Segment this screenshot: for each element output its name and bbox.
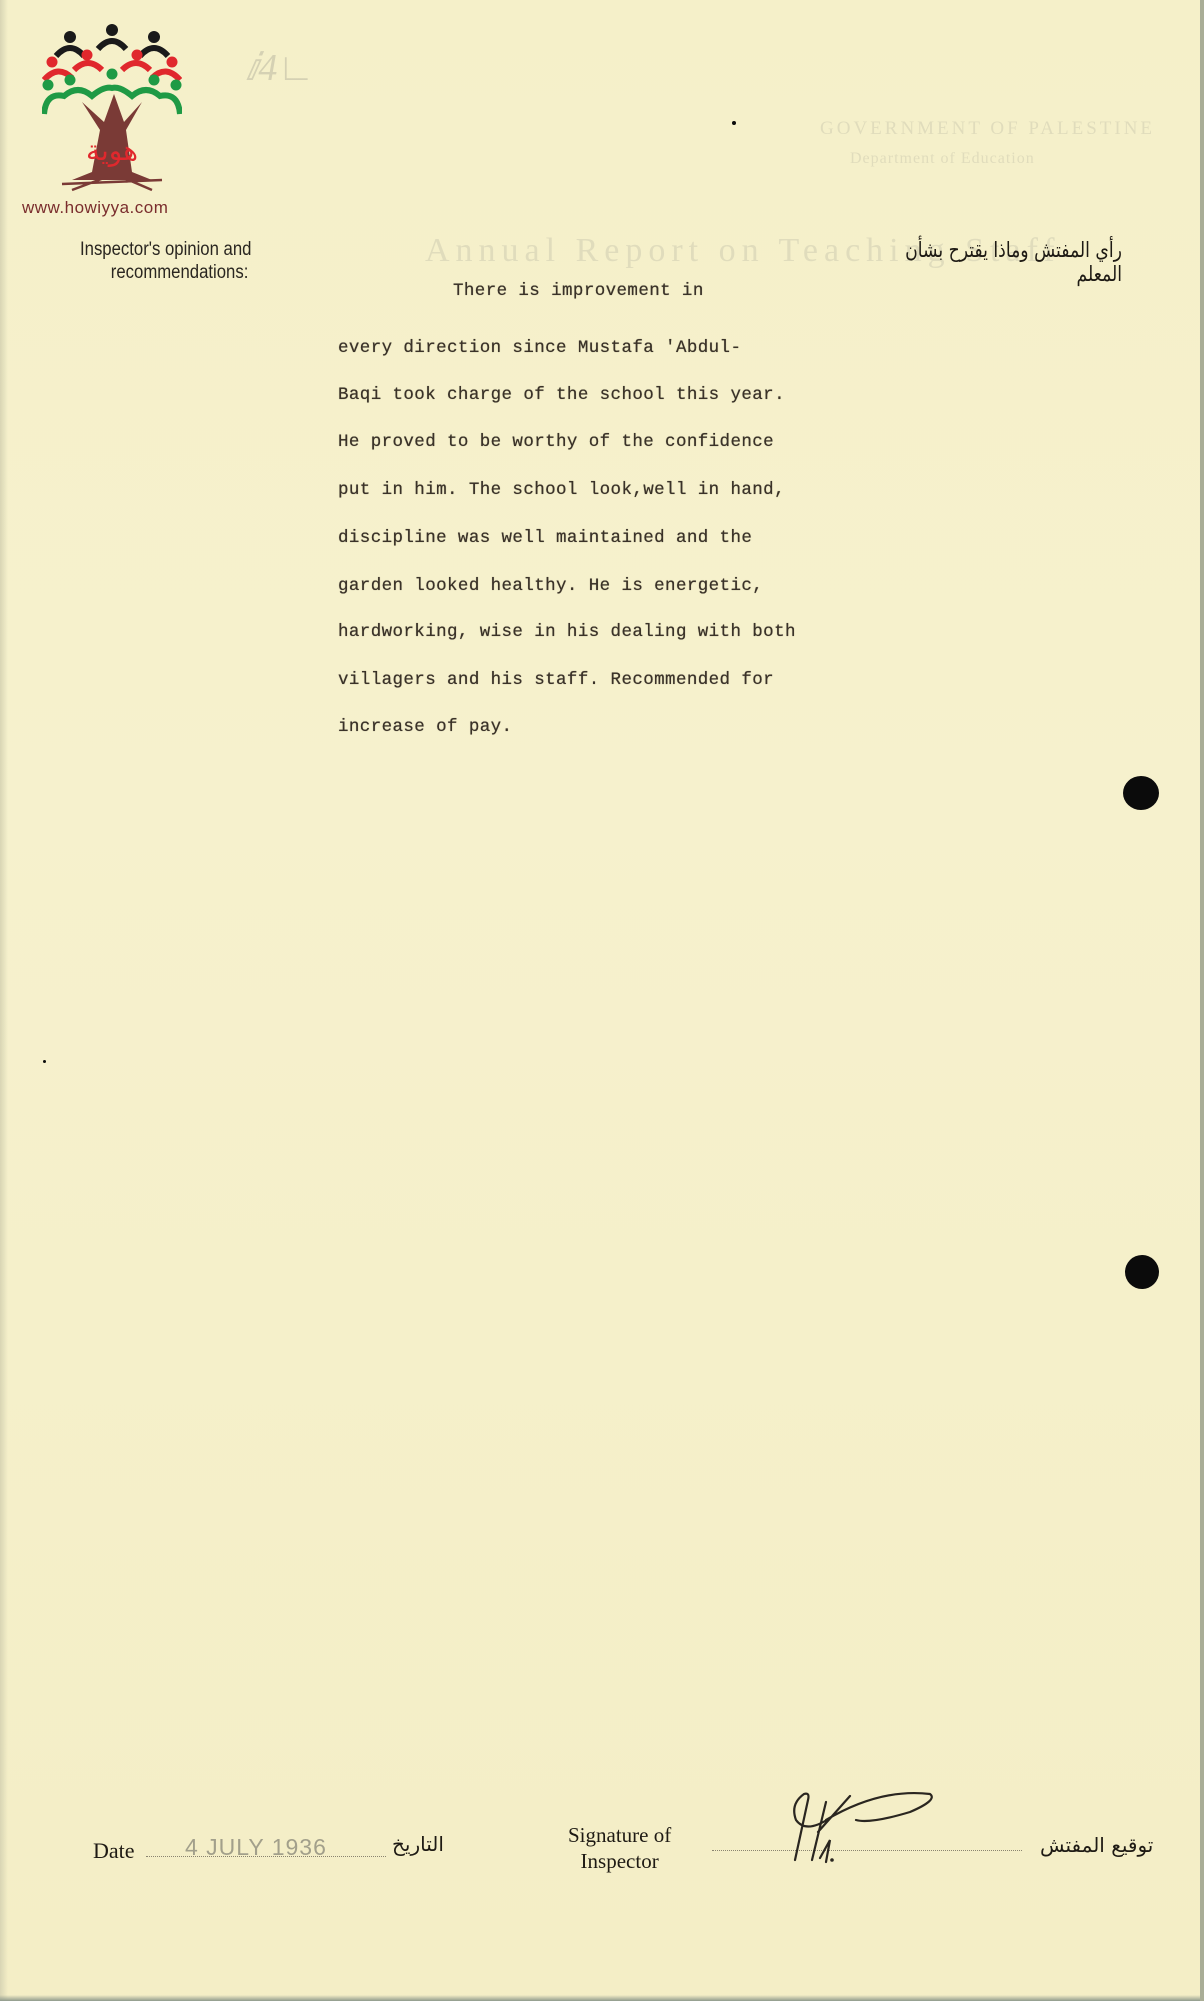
handwritten-mark: ⅈ4∟ [245, 45, 315, 90]
typed-line: hardworking, wise in his dealing with bo… [338, 622, 796, 642]
speck [732, 121, 736, 125]
opinion-label-ar: رأي المفتش وماذا يقترح بشأن المعلم [876, 238, 1122, 286]
svg-text:هوية: هوية [86, 134, 138, 167]
signature-label-line1: Signature of [568, 1822, 671, 1848]
typed-line: There is improvement in [453, 281, 704, 301]
punch-hole-mark [1123, 776, 1159, 810]
typed-line: discipline was well maintained and the [338, 528, 752, 548]
date-stamp-value: 4 JULY 1936 [185, 1834, 327, 1861]
signature-label: Signature of Inspector [568, 1822, 671, 1874]
date-label: Date [93, 1838, 135, 1864]
speck [43, 1060, 46, 1063]
logo-url-link[interactable]: www.howiyya.com [22, 198, 168, 218]
signature-label-ar: توقيع المفتش [1040, 1833, 1153, 1857]
document-page: GOVERNMENT OF PALESTINE Department of Ed… [0, 0, 1204, 2001]
punch-hole-mark [1125, 1255, 1159, 1289]
signature-label-line2: Inspector [568, 1848, 671, 1874]
typed-line: put in him. The school look,well in hand… [338, 480, 785, 500]
opinion-label-line1: Inspector's opinion and [80, 239, 251, 260]
typed-line: He proved to be worthy of the confidence [338, 432, 774, 452]
opinion-label-en: Inspector's opinion and recommendations: [80, 238, 251, 284]
typed-line: increase of pay. [338, 717, 512, 737]
howiyya-logo-icon: هوية [42, 22, 182, 197]
typed-line: every direction since Mustafa 'Abdul- [338, 338, 741, 358]
typed-line: Baqi took charge of the school this year… [338, 385, 785, 405]
date-label-ar: التاريخ [392, 1832, 444, 1856]
typed-line: garden looked healthy. He is energetic, [338, 576, 763, 596]
bleed-through-header: GOVERNMENT OF PALESTINE [820, 118, 1155, 140]
opinion-label-line2: recommendations: [80, 261, 251, 284]
bleed-through-subheader: Department of Education [850, 150, 1035, 168]
inspector-signature-icon [760, 1780, 940, 1870]
typed-line: villagers and his staff. Recommended for [338, 670, 774, 690]
